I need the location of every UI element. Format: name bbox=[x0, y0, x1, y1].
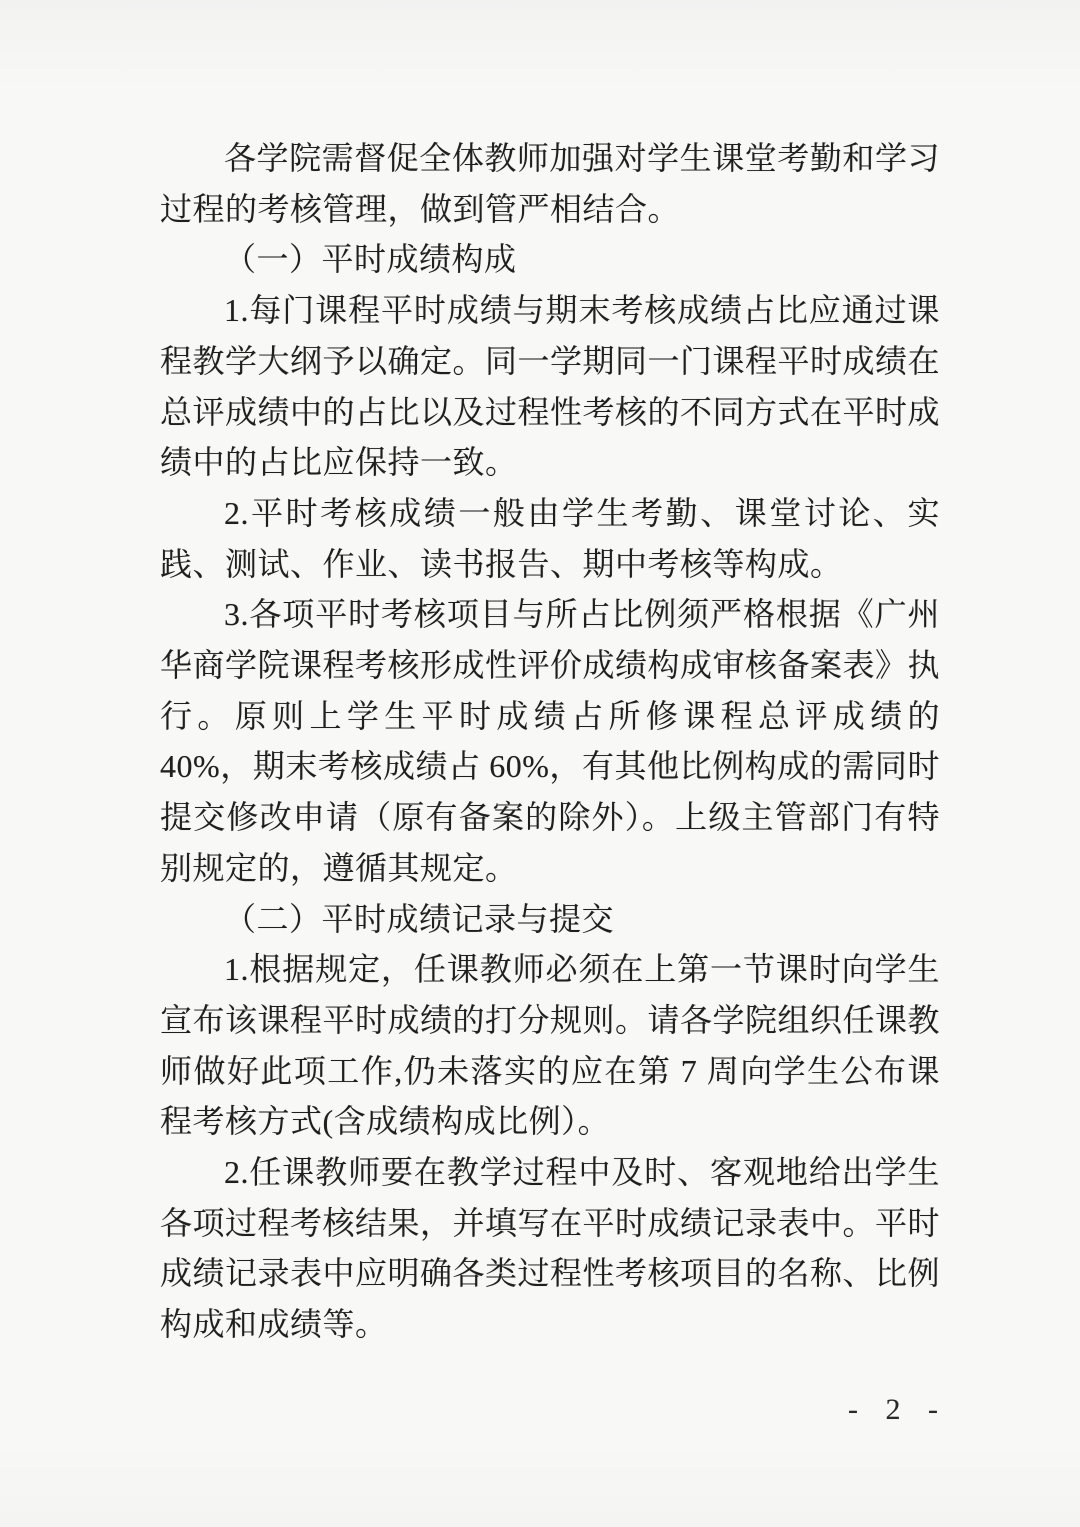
paragraph-2-1: 1.根据规定，任课教师必须在上第一节课时向学生宣布该课程平时成绩的打分规则。请各… bbox=[160, 944, 940, 1147]
paragraph-1-3: 3.各项平时考核项目与所占比例须严格根据《广州华商学院课程考核形成性评价成绩构成… bbox=[160, 589, 940, 893]
document-body: 各学院需督促全体教师加强对学生课堂考勤和学习过程的考核管理，做到管严相结合。 （… bbox=[160, 133, 940, 1350]
section-heading-2: （二）平时成绩记录与提交 bbox=[160, 894, 940, 945]
section-heading-1: （一）平时成绩构成 bbox=[160, 234, 940, 285]
page-number: - 2 - bbox=[848, 1392, 948, 1428]
paragraph-1-1: 1.每门课程平时成绩与期末考核成绩占比应通过课程教学大纲予以确定。同一学期同一门… bbox=[160, 285, 940, 488]
paragraph-2-2: 2.任课教师要在教学过程中及时、客观地给出学生各项过程考核结果，并填写在平时成绩… bbox=[160, 1147, 940, 1350]
paragraph-1-2: 2.平时考核成绩一般由学生考勤、课堂讨论、实践、测试、作业、读书报告、期中考核等… bbox=[160, 488, 940, 589]
document-page: 各学院需督促全体教师加强对学生课堂考勤和学习过程的考核管理，做到管严相结合。 （… bbox=[0, 0, 1080, 1527]
paragraph-intro: 各学院需督促全体教师加强对学生课堂考勤和学习过程的考核管理，做到管严相结合。 bbox=[160, 133, 940, 234]
